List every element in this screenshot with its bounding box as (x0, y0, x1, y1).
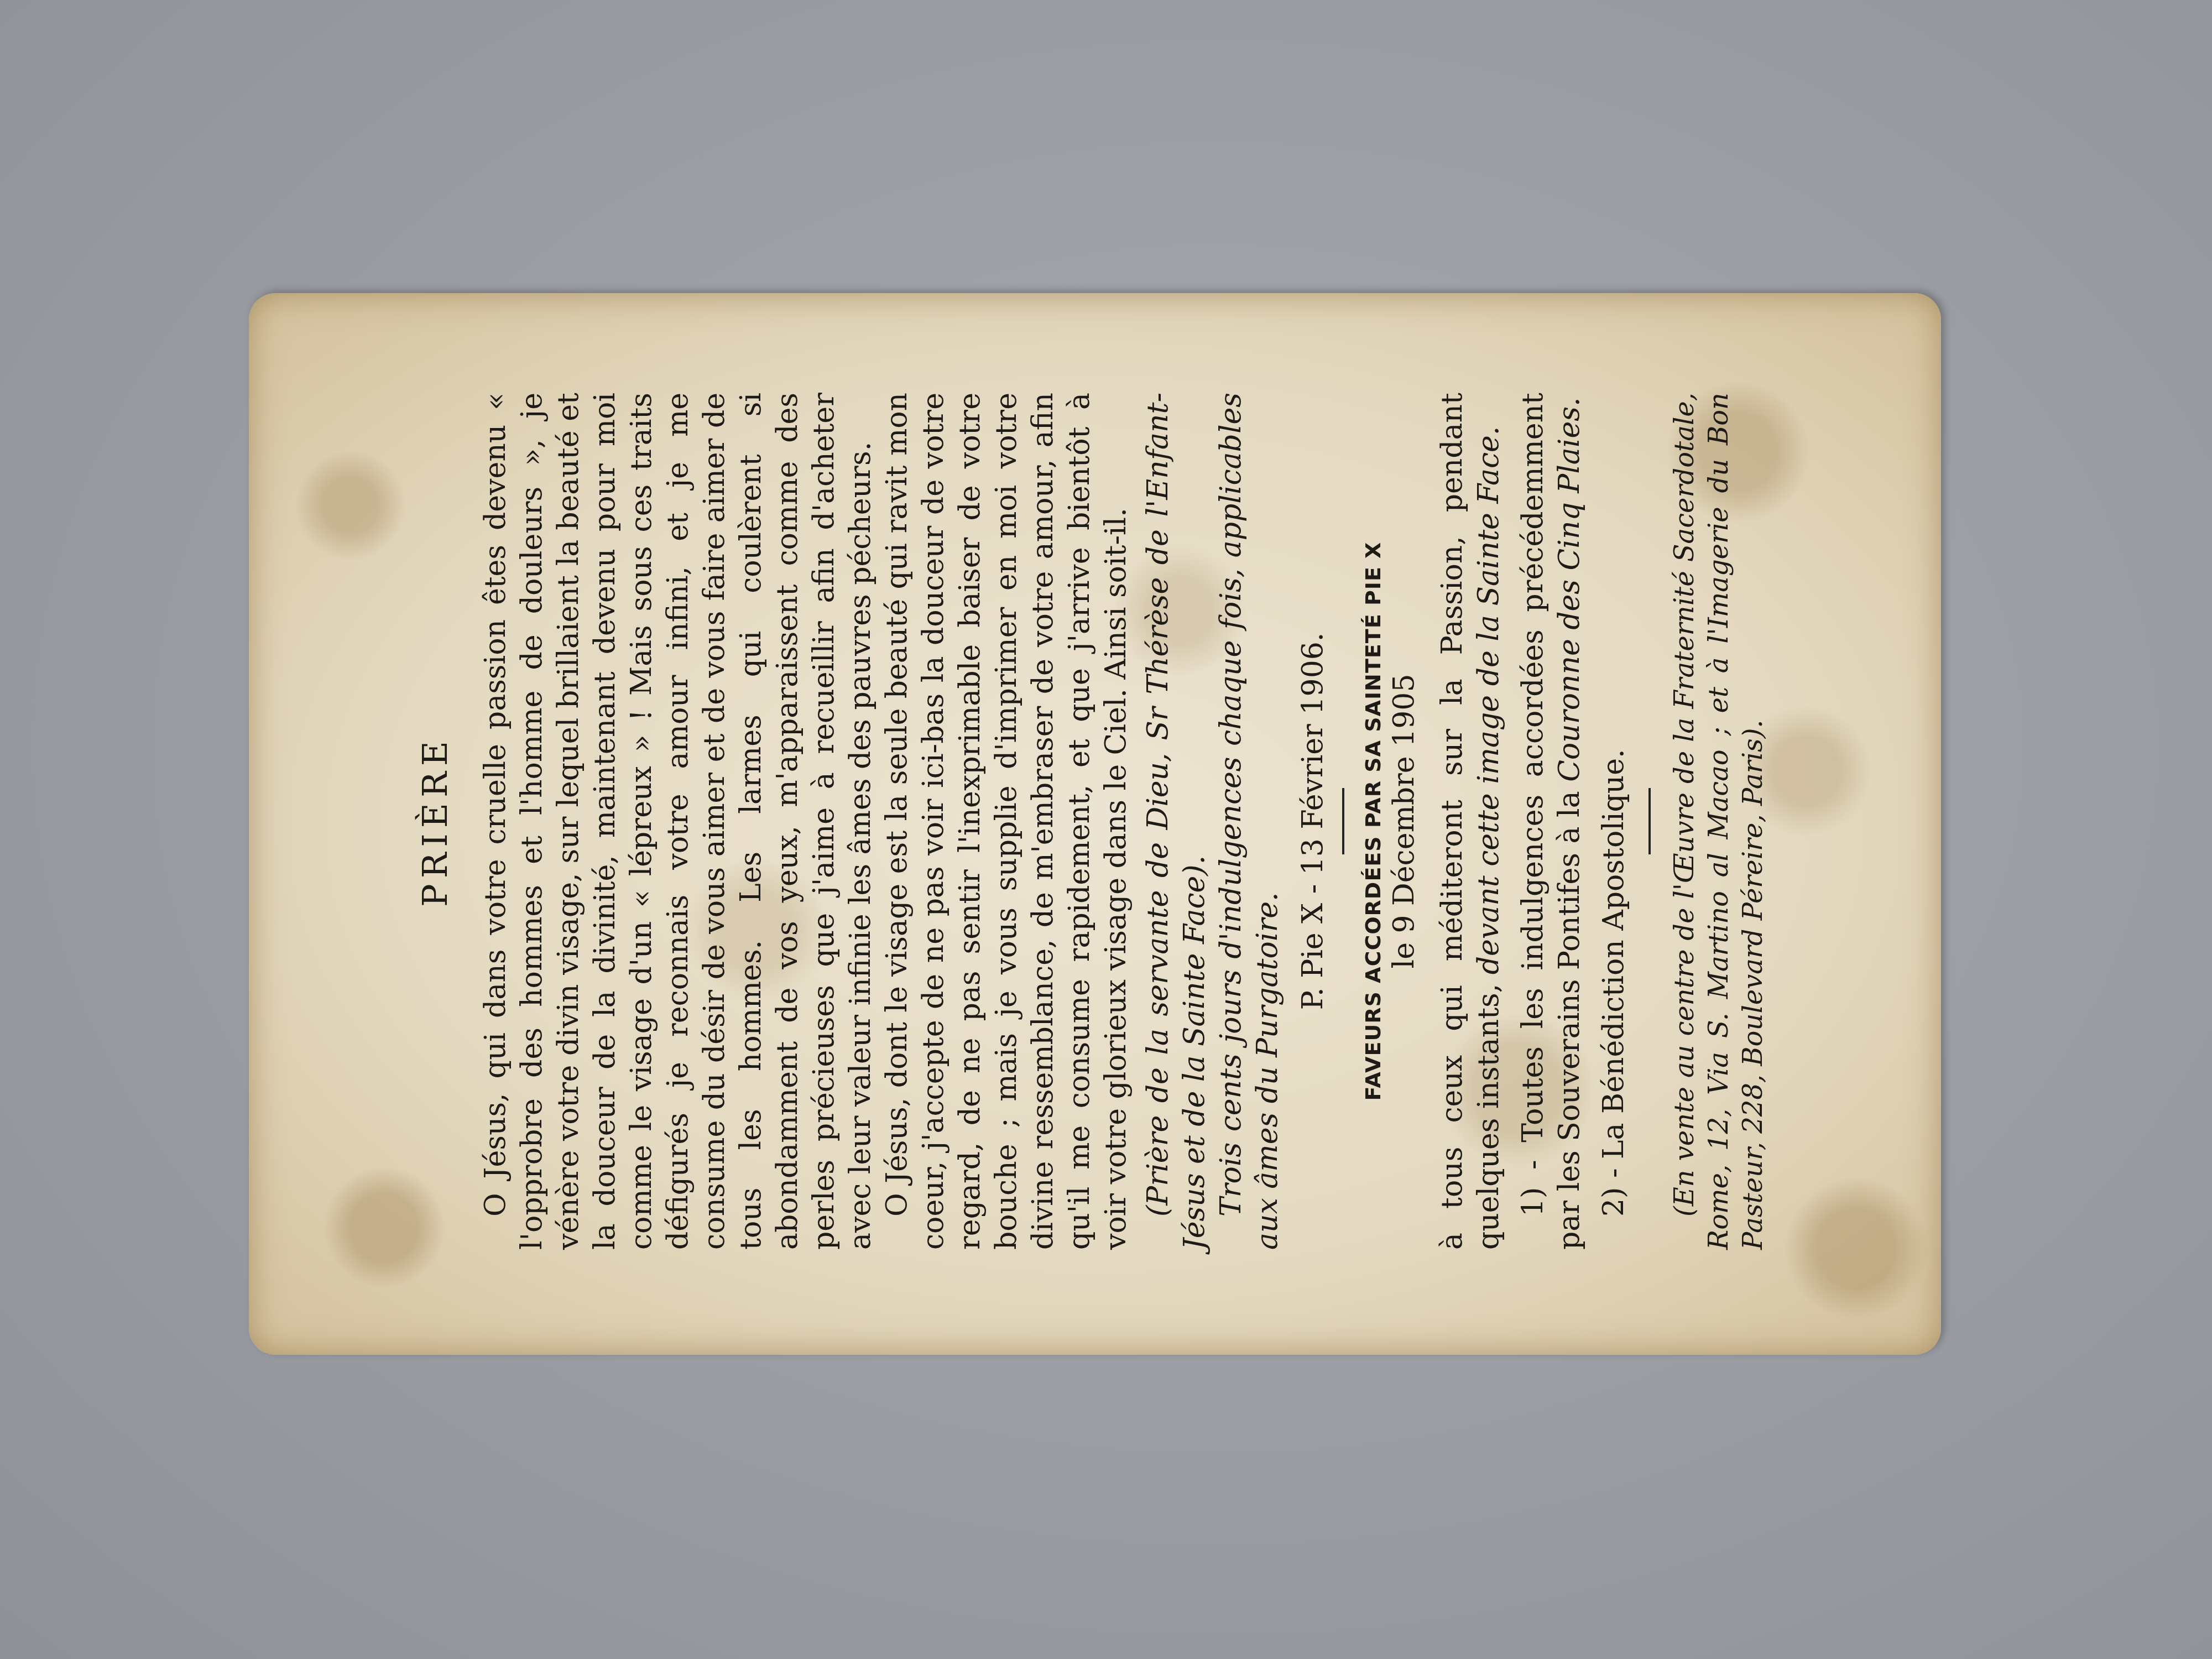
favor-item-2: 2) - La Bénédiction Apostolique. (1595, 393, 1632, 1250)
favor-item-number: 2) (1597, 1187, 1630, 1217)
favor-item-1: 1) - Toutes les indulgences accordées pr… (1515, 393, 1588, 1250)
favors-date: le 9 Décembre 1905 (1387, 393, 1421, 1250)
publisher-note: (En vente au centre de l'Œuvre de la Fra… (1667, 393, 1770, 1250)
prayer-attribution: (Prière de la servante de Dieu, Sr Thérè… (1140, 393, 1213, 1250)
favors-intro: à tous ceux qui méditeront sur la Passio… (1434, 393, 1507, 1250)
favors-intro-italic: devant cette image de la Sainte Face. (1472, 426, 1505, 975)
favors-heading: FAVEURS ACCORDÉES PAR SA SAINTETÉ PIE X (1361, 393, 1385, 1250)
favor-item-number: 1) (1516, 1187, 1550, 1217)
prayer-card: PRIÈRE O Jésus, qui dans votre cruelle p… (249, 293, 1941, 1355)
prayer-paragraph-1: O Jésus, qui dans votre cruelle passion … (477, 393, 879, 1250)
indulgence-note: Trois cents jours d'indulgences chaque f… (1213, 393, 1286, 1250)
favor-item-italic: Couronne des Cinq Plaies. (1553, 398, 1586, 782)
card-title: PRIÈRE (415, 393, 455, 1250)
papal-signature: P. Pie X - 13 Février 1906. (1295, 393, 1331, 1250)
divider (1342, 788, 1344, 854)
favor-item-text: - La Bénédiction Apostolique. (1597, 749, 1630, 1178)
prayer-paragraph-2: O Jésus, dont le visage est la seule bea… (879, 393, 1134, 1250)
divider (1648, 788, 1651, 854)
